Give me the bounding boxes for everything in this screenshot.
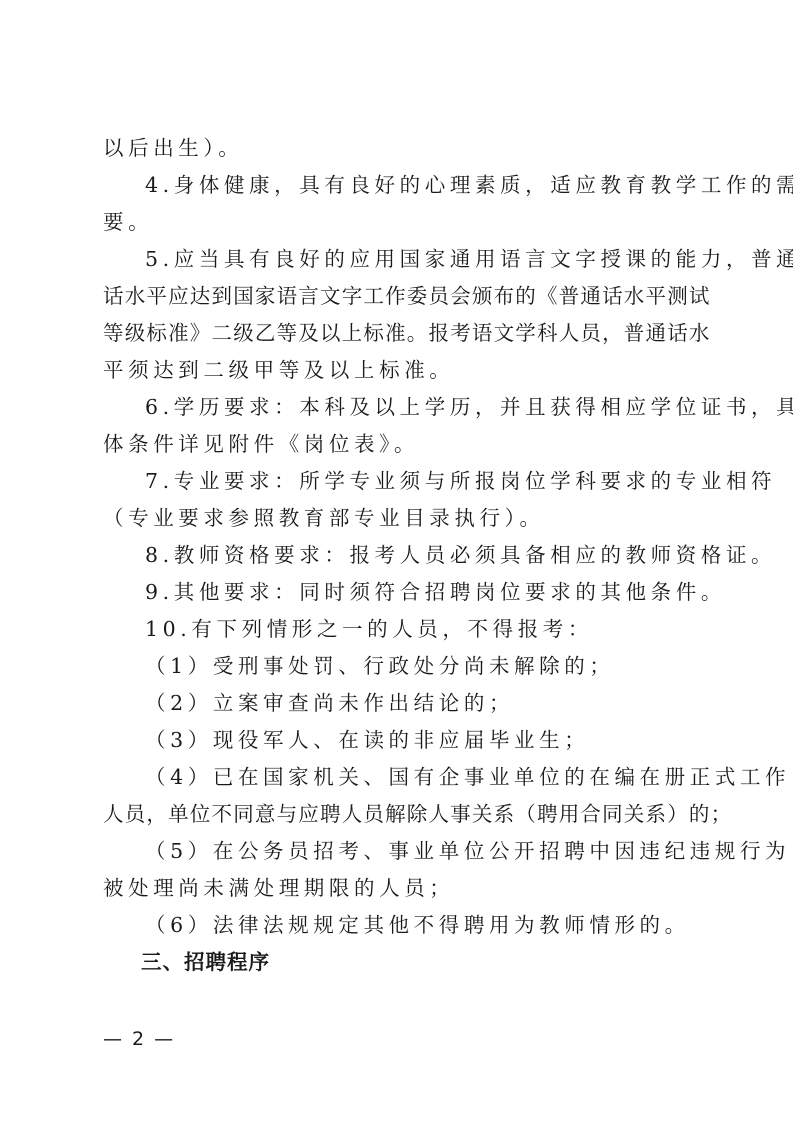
text-line: 被处理尚未满处理期限的人员； [103, 870, 693, 907]
requirement-4: 4.身体健康，具有良好的心理素质，适应教育教学工作的需 [103, 167, 693, 204]
exclusion-1: （1）受刑事处罚、行政处分尚未解除的； [103, 648, 693, 685]
text-line: （专业要求参照教育部专业目录执行）。 [103, 500, 693, 537]
section-heading: 三、招聘程序 [103, 944, 693, 981]
text-line: 体条件详见附件《岗位表》。 [103, 426, 693, 463]
document-page: 以后出生）。 4.身体健康，具有良好的心理素质，适应教育教学工作的需 要。 5.… [103, 130, 693, 981]
text-line: 要。 [103, 204, 693, 241]
text-line: 以后出生）。 [103, 130, 693, 167]
exclusion-3: （3）现役军人、在读的非应届毕业生； [103, 722, 693, 759]
text-line: 等级标准》二级乙等及以上标准。报考语文学科人员，普通话水 [103, 315, 693, 352]
requirement-6: 6.学历要求：本科及以上学历，并且获得相应学位证书，具 [103, 389, 693, 426]
text-line: 人员，单位不同意与应聘人员解除人事关系（聘用合同关系）的； [103, 796, 693, 833]
requirement-8: 8.教师资格要求：报考人员必须具备相应的教师资格证。 [103, 537, 693, 574]
exclusion-6: （6）法律法规规定其他不得聘用为教师情形的。 [103, 907, 693, 944]
requirement-7: 7.专业要求：所学专业须与所报岗位学科要求的专业相符 [103, 463, 693, 500]
exclusion-2: （2）立案审查尚未作出结论的； [103, 685, 693, 722]
requirement-5: 5.应当具有良好的应用国家通用语言文字授课的能力，普通 [103, 241, 693, 278]
exclusion-5: （5）在公务员招考、事业单位公开招聘中因违纪违规行为 [103, 833, 693, 870]
requirement-10: 10.有下列情形之一的人员，不得报考： [103, 611, 693, 648]
text-line: 平须达到二级甲等及以上标准。 [103, 352, 693, 389]
page-number: — 2 — [103, 1028, 175, 1050]
exclusion-4: （4）已在国家机关、国有企事业单位的在编在册正式工作 [103, 759, 693, 796]
requirement-9: 9.其他要求：同时须符合招聘岗位要求的其他条件。 [103, 574, 693, 611]
text-line: 话水平应达到国家语言文字工作委员会颁布的《普通话水平测试 [103, 278, 693, 315]
